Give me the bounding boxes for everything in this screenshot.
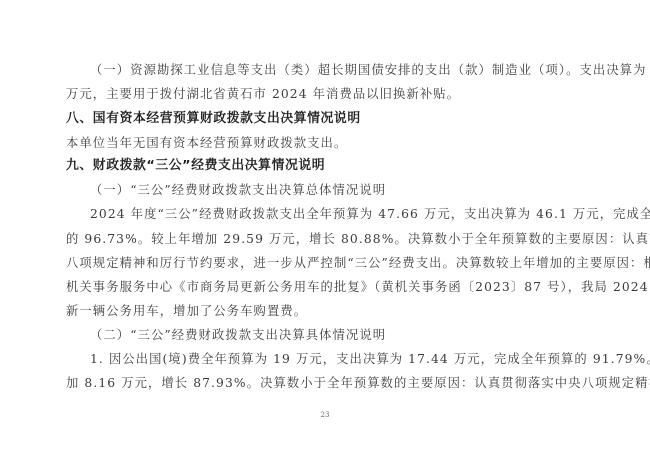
subsection-heading: （一）“三公”经费财政拨款支出决算总体情况说明: [90, 182, 606, 198]
page-number: 23: [0, 411, 650, 419]
paragraph-line: 八项规定精神和厉行节约要求，进一步从严控制“三公”经费支出。决算数较上年增加的主…: [66, 255, 606, 271]
paragraph-line: 新一辆公务用车，增加了公务车购置费。: [66, 303, 606, 319]
paragraph-line: 1. 因公出国(境)费全年预算为 19 万元，支出决算为 17.44 万元，完成…: [90, 351, 606, 367]
paragraph-line: 的 96.73%。较上年增加 29.59 万元，增长 80.88%。决算数小于全…: [66, 231, 606, 247]
section-heading-8: 八、国有资本经营预算财政拨款支出决算情况说明: [66, 111, 606, 127]
section-heading-9: 九、财政拨款“三公”经费支出决算情况说明: [66, 158, 606, 174]
subsection-heading: （二）“三公”经费财政拨款支出决算具体情况说明: [90, 327, 606, 343]
paragraph-line: 本单位当年无国有资本经营预算财政拨款支出。: [66, 135, 606, 151]
paragraph-line: 加 8.16 万元，增长 87.93%。决算数小于全年预算数的主要原因：认真贯彻…: [66, 375, 606, 391]
document-page: （一）资源勘探工业信息等支出（类）超长期国债安排的支出（款）制造业（项）。支出决…: [0, 0, 650, 459]
paragraph-line: （一）资源勘探工业信息等支出（类）超长期国债安排的支出（款）制造业（项）。支出决…: [90, 62, 606, 78]
paragraph-line: 万元，主要用于拨付湖北省黄石市 2024 年消费品以旧换新补贴。: [66, 86, 606, 102]
paragraph-line: 机关事务服务中心《市商务局更新公务用车的批复》（黄机关事务函〔2023〕87 号…: [66, 279, 606, 295]
paragraph-line: 2024 年度“三公”经费财政拨款支出全年预算为 47.66 万元，支出决算为 …: [90, 206, 606, 222]
